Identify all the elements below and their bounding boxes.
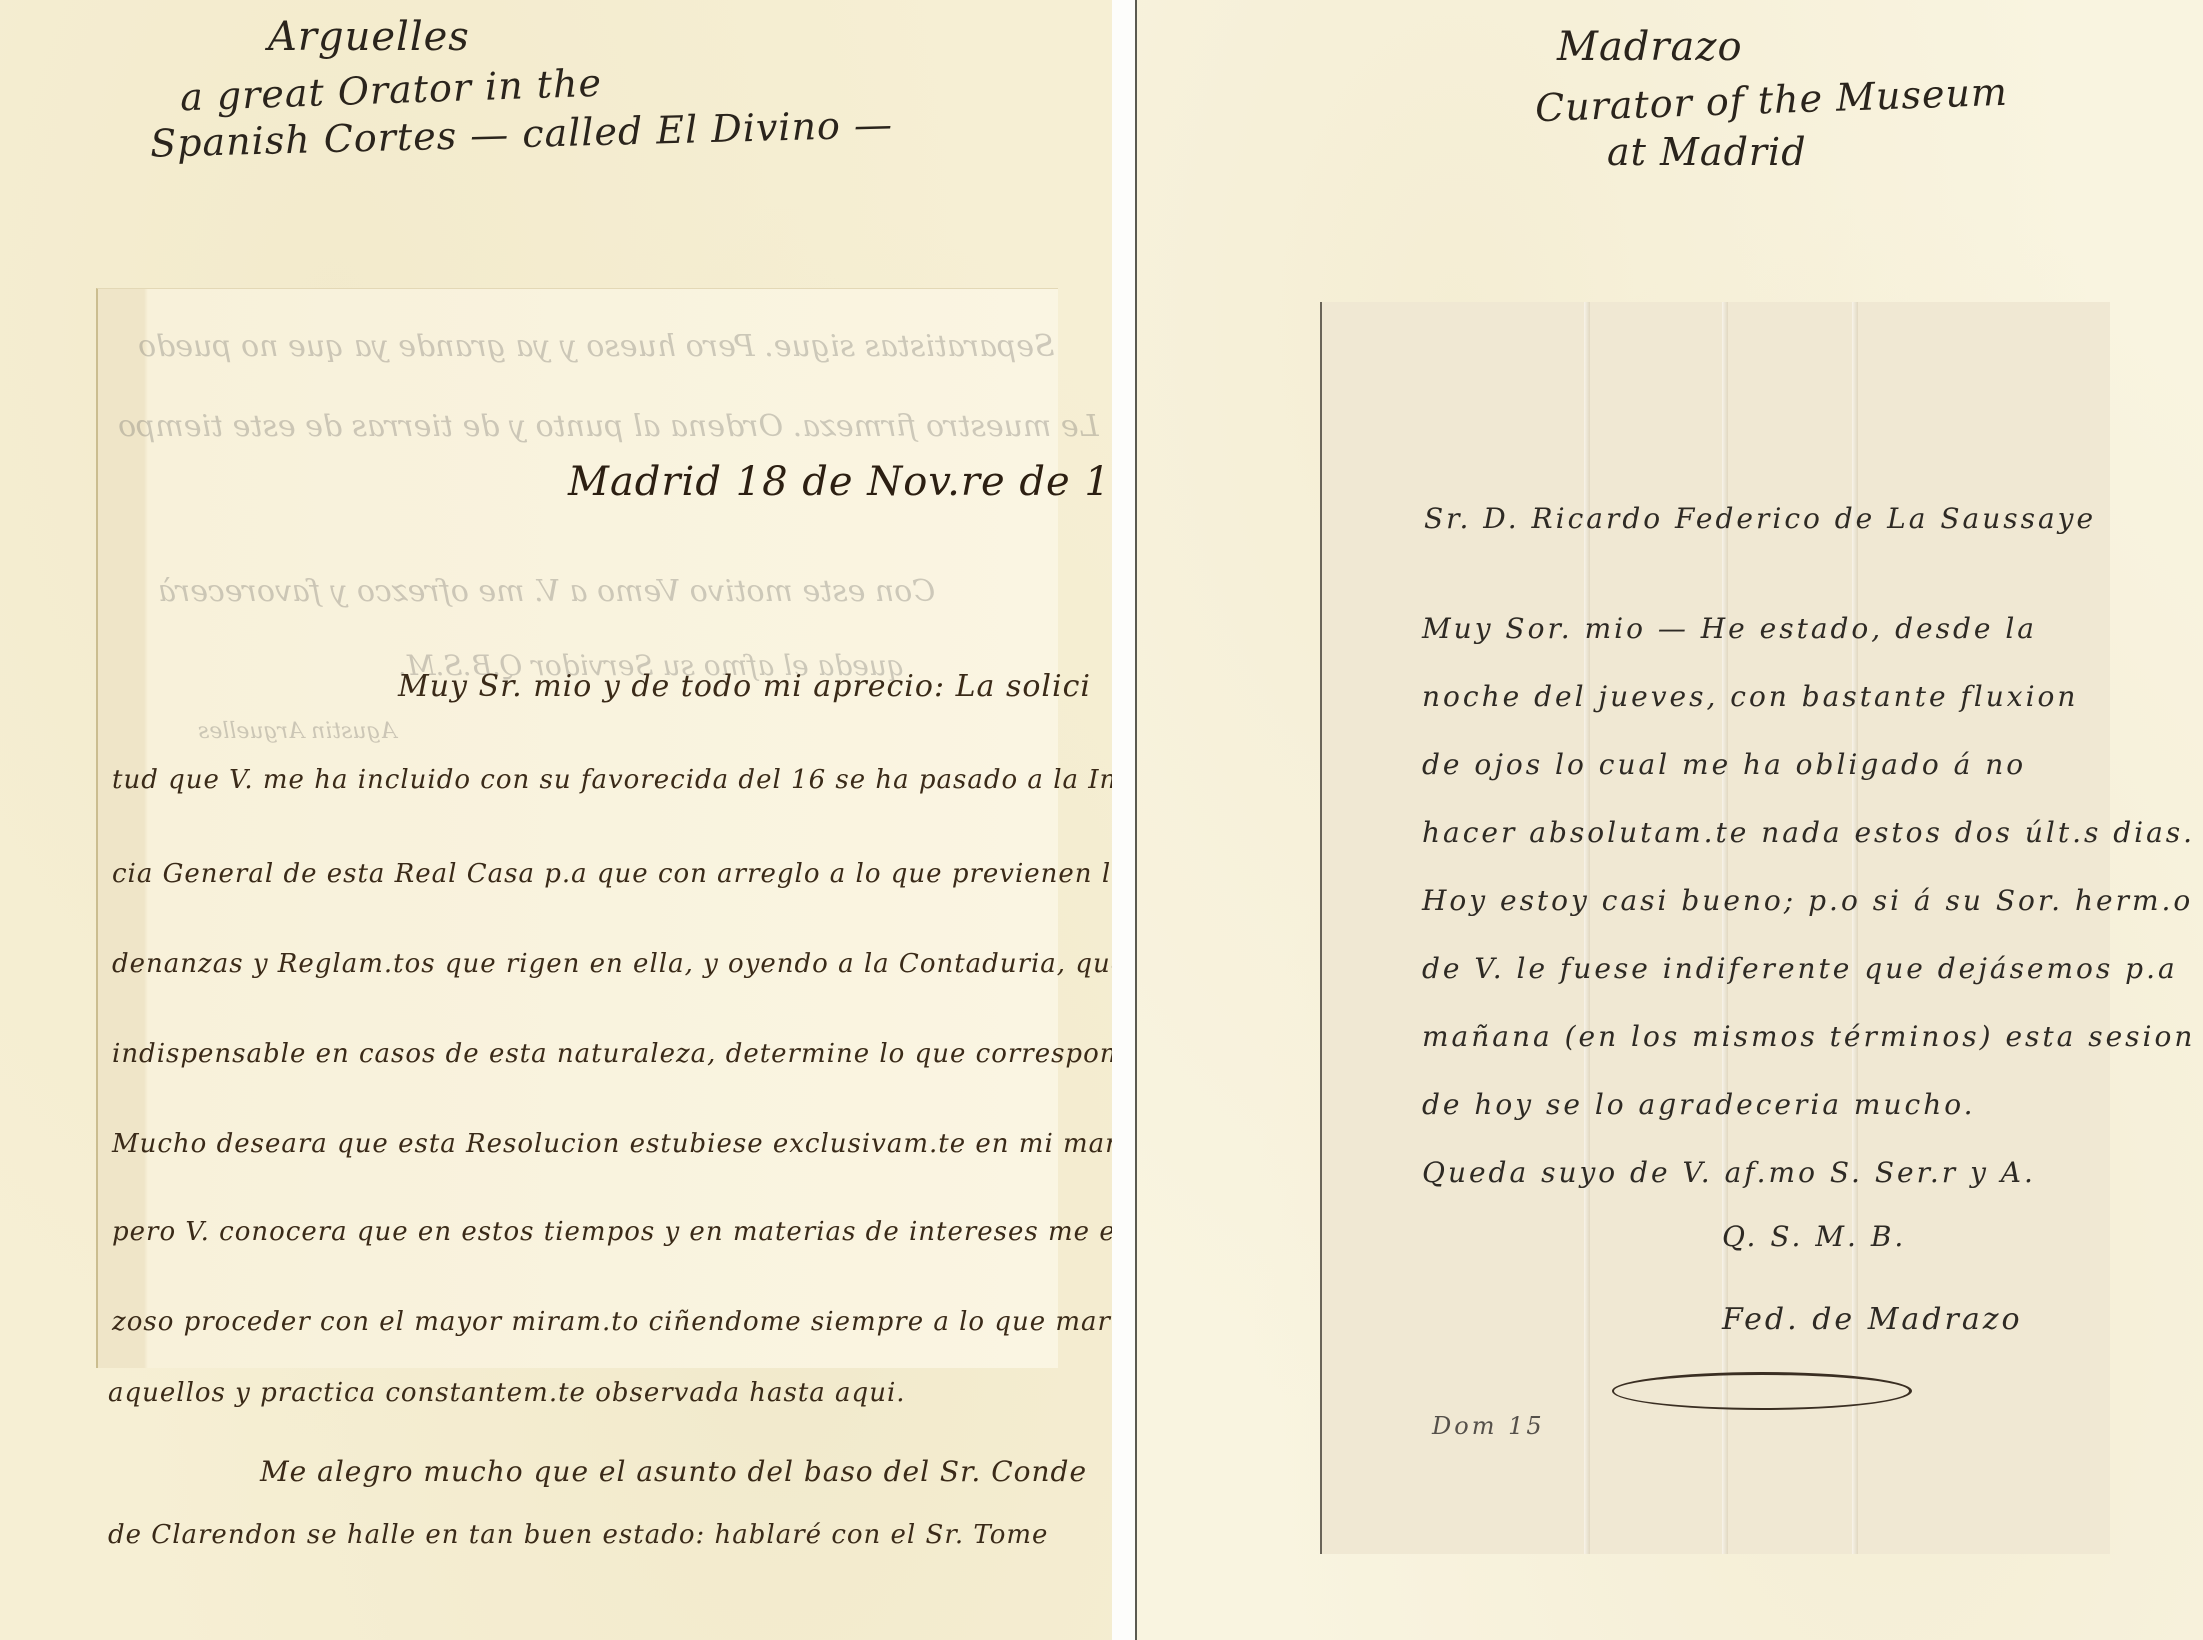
letter-line: pero V. conocera que en estos tiempos y … [112, 1217, 1180, 1247]
fold-crease [1852, 302, 1858, 1554]
letter-line: aquellos y practica constantem.te observ… [108, 1378, 906, 1408]
letter-signature: Fed. de Madrazo [1722, 1302, 2023, 1337]
letter-line: Hoy estoy casi bueno; p.o si á su Sor. h… [1422, 884, 2193, 917]
page-gutter [1112, 0, 1136, 1640]
signature-flourish [1612, 1372, 1912, 1410]
letter-line: de Clarendon se halle en tan buen estado… [108, 1520, 1048, 1550]
caption-name: Arguelles [268, 14, 470, 60]
fold-crease [1584, 302, 1590, 1554]
bleed-through-line: Le muestro firmeza. Ordena al punto y de… [118, 409, 1099, 444]
caption-description: Curator of the Museum [1534, 70, 2008, 130]
letter-footnote: Dom 15 [1432, 1412, 1545, 1440]
letter-line: de hoy se lo agradeceria mucho. [1422, 1088, 1976, 1121]
letter-line: indispensable en casos de esta naturalez… [112, 1039, 1161, 1069]
bleed-through-line: Con este motivo Vemo a V. me ofrezco y f… [158, 574, 935, 609]
fold-crease [1722, 302, 1728, 1554]
letter-line: mañana (en los mismos términos) esta ses… [1422, 1020, 2195, 1053]
letter-addressee: Sr. D. Ricardo Federico de La Saussaye [1424, 502, 2096, 535]
letter-line: Muy Sor. mio — He estado, desde la [1422, 612, 2037, 645]
album-page-left: Arguelles a great Orator in the Spanish … [0, 0, 1112, 1640]
letter-line: zoso proceder con el mayor miram.to ciñe… [112, 1307, 1161, 1337]
letter-line: tud que V. me ha incluido con su favorec… [112, 765, 1215, 795]
letter-line: Mucho deseara que esta Resolucion estubi… [112, 1129, 1149, 1159]
caption-description-cont: at Madrid [1607, 130, 1807, 174]
letter-line: Muy Sr. mio y de todo mi aprecio: La sol… [398, 669, 1091, 704]
bleed-through-line: Separatistas sigue. Pero hueso y ya gran… [138, 329, 1055, 364]
caption-name: Madrazo [1557, 24, 1743, 70]
letter-sheet-madrazo: Sr. D. Ricardo Federico de La Saussaye M… [1320, 302, 2110, 1554]
album-spread: Arguelles a great Orator in the Spanish … [0, 0, 2203, 1640]
letter-dateline: Madrid 18 de Nov.re de 1842 [568, 459, 1190, 505]
letter-line: Queda suyo de V. af.mo S. Ser.r y A. [1422, 1156, 2036, 1189]
letter-line: noche del jueves, con bastante fluxion [1422, 680, 2078, 713]
letter-line: de ojos lo cual me ha obligado á no [1422, 748, 2026, 781]
letter-line: de V. le fuese indiferente que dejásemos… [1422, 952, 2178, 985]
letter-line: hacer absolutam.te nada estos dos últ.s … [1422, 816, 2195, 849]
letter-line: cia General de esta Real Casa p.a que co… [112, 859, 1181, 889]
letter-line: Me alegro mucho que el asunto del baso d… [260, 1455, 1087, 1488]
bleed-through-line: Agustin Arguelles [198, 719, 397, 744]
letter-sheet-arguelles: Separatistas sigue. Pero hueso y ya gran… [96, 288, 1058, 1368]
letter-line: denanzas y Reglam.tos que rigen en ella,… [112, 949, 1167, 979]
letter-closing: Q. S. M. B. [1722, 1220, 1906, 1253]
